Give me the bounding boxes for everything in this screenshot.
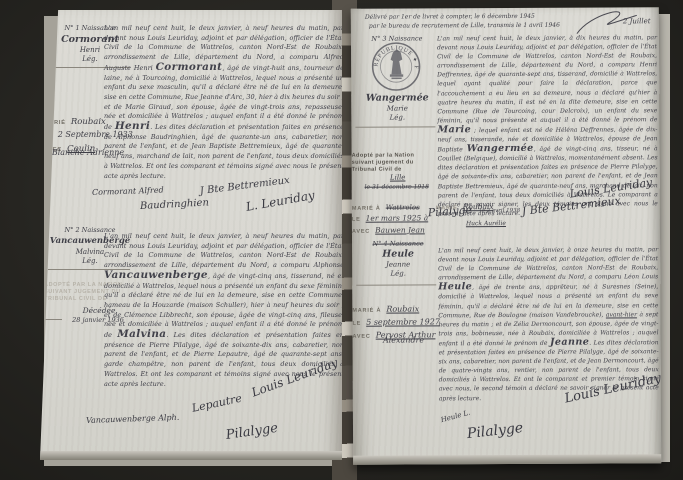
act3-margin-surname: Wangermée <box>351 92 443 103</box>
body-text-part: avant-hier <box>606 311 637 318</box>
body-text-part: L'an mil neuf cent huit, le deux janvier… <box>437 34 657 124</box>
marriage-spouse: Bauwen Jean <box>375 225 425 234</box>
release-note-line2: par le bureau de recrutement de Lille, t… <box>369 22 560 31</box>
left-page: N° 1 Naissance Cormorant Henri Lég. MARI… <box>40 10 342 460</box>
body-text-part: Vancauwenberge <box>104 269 208 281</box>
margin-divider <box>355 126 435 127</box>
act4-marriage-spouse2: Alexandre <box>363 335 445 344</box>
body-text-part: Wangermée <box>467 143 534 154</box>
body-text-part: Marie <box>437 124 471 135</box>
release-note-line1: Délivré par 1er de livret à compter, le … <box>365 13 535 22</box>
corner-date-note: 2 Juillet <box>623 17 651 25</box>
act3-margin-filiation: Lég. <box>351 113 443 121</box>
body-text-part: L'an mil neuf cent huit, le deux janvier… <box>438 246 658 281</box>
body-text-part: Malvina <box>117 328 166 340</box>
right-page: Délivré par 1er de livret à compter, le … <box>351 7 661 465</box>
act3-marriage-row3: AVEC Bauwen Jean <box>352 217 442 236</box>
act3-margin-given-name: Marie <box>351 104 443 112</box>
act3-adoption-date: le 31 décembre 1918 <box>354 183 440 190</box>
left-page-bottom-edge <box>40 451 342 460</box>
act4-margin-given-name: Jeanne <box>352 260 444 268</box>
body-text-part: L'an mil neuf cent huit, le deux janvier… <box>104 232 344 269</box>
sig-spouse-note: Huck Aurélie <box>466 220 506 227</box>
avec-stamp-label: AVEC <box>352 229 370 235</box>
marianne-figure <box>390 49 403 79</box>
signature-heule: Heule L. <box>440 409 471 425</box>
act4-margin-surname: Heule <box>352 248 444 259</box>
body-text-part: Heule <box>438 282 472 293</box>
act3-adoption-stamp: Adopté par la Nation suivant jugement du… <box>352 152 442 173</box>
act1-body-text: L'an mil neuf cent huit, le deux janvier… <box>104 24 344 181</box>
signature-baudringhien: Baudringhien <box>140 197 209 212</box>
act4-margin-number: N° 4 Naissance <box>354 239 442 247</box>
signature-lepautre: Lepautre <box>191 392 243 415</box>
signature-leuriday: L. Leuriday <box>245 188 316 214</box>
sig-date-note: le 2 avril 1938 <box>480 208 520 214</box>
act3-adoption-place: Lille <box>376 173 420 181</box>
signature-vancauwenberge: Vancauwenberge Alph. <box>86 413 180 425</box>
body-text-part: Jeanne <box>550 337 589 348</box>
body-text-part: Henri <box>115 120 150 132</box>
signature-pilalyge: Pilalyge <box>466 420 524 442</box>
act4-margin-filiation: Lég. <box>352 269 444 277</box>
republique-francaise-stamp: RÉPUBLIQUE ✦ FRANÇAISE <box>371 41 421 91</box>
margin-divider <box>356 284 436 285</box>
signature-cormorant: Cormorant Alfred <box>92 186 164 197</box>
right-page-bottom-edge <box>353 454 661 465</box>
body-text-part: Cormorant <box>156 61 223 73</box>
signature-pilalyge: Pilalyge <box>225 421 279 443</box>
scanned-register-photo: { "scan": { "background_color": "#262521… <box>0 0 683 480</box>
